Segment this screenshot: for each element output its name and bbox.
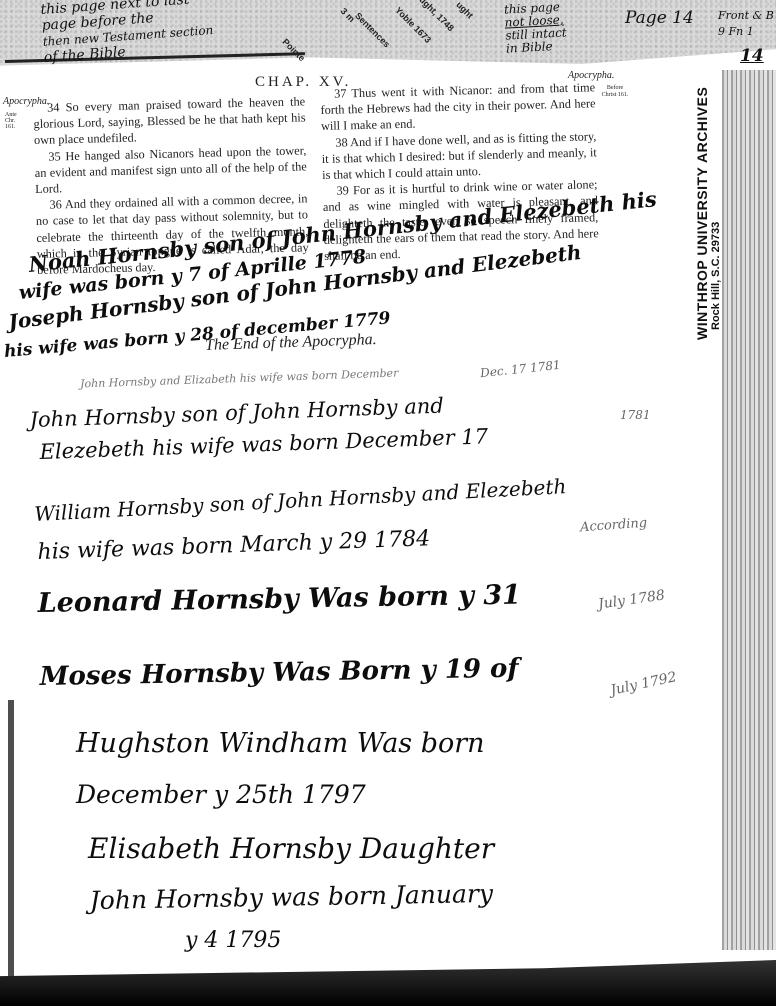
page-label: Page 14 (625, 8, 694, 28)
stamp-line-1: WINTHROP UNIVERSITY ARCHIVES (694, 87, 710, 340)
verse-35: 35 He hanged also Nicanors head upon the… (34, 142, 307, 197)
entry-elisabeth: Elisabeth Hornsby Daughter (88, 832, 494, 865)
book-gutter (722, 70, 776, 950)
entry-william-line2: his wife was born March y 29 1784 (37, 526, 430, 565)
entry-william-line1: William Hornsby son of John Hornsby and … (34, 474, 567, 526)
front-note: Front & B 9 Fn 1 (718, 8, 774, 40)
page-left-edge (8, 700, 14, 980)
entry-john-1795-line2: y 4 1795 (185, 928, 281, 953)
margin-note-according: According (580, 516, 648, 536)
stamp-line-2: Rock Hill, S.C. 29733 (710, 87, 722, 330)
note-line: 9 Fn 1 (718, 24, 774, 40)
margin-note-left: Ante Chr. 161. (5, 112, 19, 130)
entry-hughston-line2: December y 25th 1797 (76, 780, 366, 809)
verse-34: 34 So every man praised toward the heave… (33, 93, 306, 148)
verse-38: 38 And if I have done well, and as is fi… (321, 128, 597, 183)
archive-stamp: WINTHROP UNIVERSITY ARCHIVES Rock Hill, … (694, 87, 722, 340)
margin-note-july-1: July 1788 (597, 587, 666, 612)
margin-note-july-2: July 1792 (609, 669, 678, 699)
entry-faint-line: John Hornsby and Elizabeth his wife was … (80, 366, 399, 390)
entry-hughston-line1: Hughston Windham Was born (76, 728, 485, 759)
margin-note-1781: 1781 (620, 408, 651, 422)
margin-note-faint-date: Dec. 17 1781 (479, 358, 561, 380)
entry-leonard: Leonard Hornsby Was born y 31 (37, 580, 521, 619)
entry-john-1795-line1: John Hornsby was born January (89, 879, 493, 915)
page-number: 14 (740, 46, 764, 66)
verse-37: 37 Thus went it with Nicanor: and from t… (320, 79, 596, 134)
margin-note-right: Before Christ 161. (600, 85, 630, 99)
note-line: Front & B (718, 8, 774, 24)
page-bottom-shadow (0, 960, 776, 1006)
entry-john-line1: John Hornsby son of John Hornsby and (29, 394, 444, 432)
archival-note-top-middle: this page not loose, still intact in Bib… (504, 0, 568, 55)
entry-john-line2: Elezebeth his wife was born December 17 (39, 424, 488, 464)
entry-moses: Moses Hornsby Was Born y 19 of (39, 654, 518, 692)
